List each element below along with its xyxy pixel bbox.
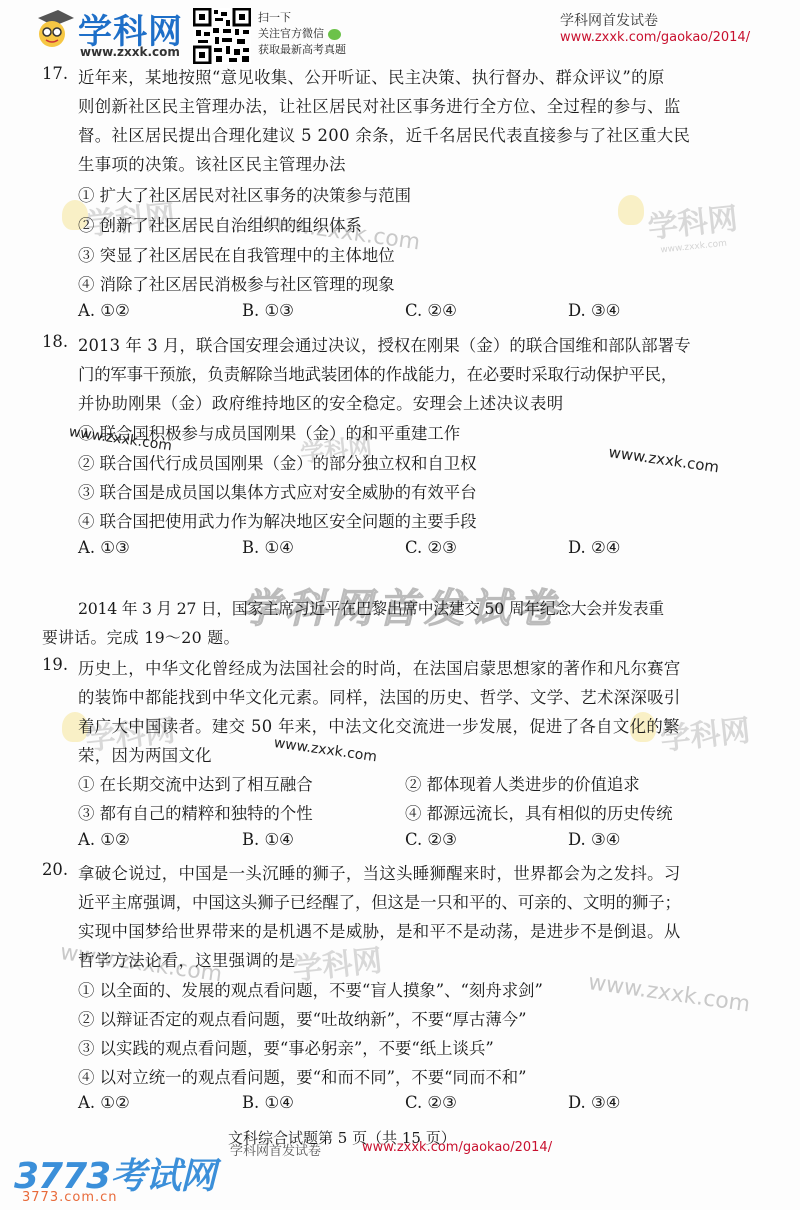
option-1: ① 以全面的、发展的观点看问题，不要“盲人摸象”、“刻舟求剑” xyxy=(78,977,543,1001)
question-stem-line: 着广大中国读者。建交 50 年来，中法文化交流进一步发展，促进了各自文化的繁 xyxy=(78,713,680,737)
footer-watermark-title: 学科网首发试卷 xyxy=(230,1140,321,1159)
option-3: ③ 突显了社区居民在自我管理中的主体地位 xyxy=(78,242,395,266)
qr-caption-line: 扫一下 xyxy=(258,10,346,26)
question-stem-line: 荣，因为两国文化 xyxy=(78,742,212,766)
mascot-logo-icon xyxy=(32,8,76,52)
option-4: ④ 以对立统一的观点看问题，要“和而不同”，不要“同而不和” xyxy=(78,1064,527,1088)
option-3: ③ 以实践的观点看问题，要“事必躬亲”，不要“纸上谈兵” xyxy=(78,1035,494,1059)
watermark-url: www.zxxk.com xyxy=(607,443,720,476)
option-2: ② 联合国代行成员国刚果（金）的部分独立权和自卫权 xyxy=(78,450,477,474)
answer-choice-a[interactable]: A. ①② xyxy=(78,830,130,849)
material-line: 要讲话。完成 19～20 题。 xyxy=(42,625,240,648)
option-4: ④ 消除了社区居民消极参与社区管理的现象 xyxy=(78,271,395,295)
question-number: 18. xyxy=(42,332,68,351)
question-stem-line: 则创新社区民主管理办法，让社区居民对社区事务进行全方位、全过程的参与、监 xyxy=(78,93,681,117)
site-url-3773[interactable]: 3773.com.cn xyxy=(22,1190,118,1205)
answer-choice-d[interactable]: D. ③④ xyxy=(568,830,620,849)
answer-choice-d[interactable]: D. ③④ xyxy=(568,1093,620,1112)
answer-choice-c[interactable]: C. ②③ xyxy=(405,830,457,849)
option-1: ① 扩大了社区居民对社区事务的决策参与范围 xyxy=(78,182,411,206)
answer-choice-a[interactable]: A. ①③ xyxy=(78,538,130,557)
question-number: 20. xyxy=(42,860,68,879)
footer-watermark-url[interactable]: www.zxxk.com/gaokao/2014/ xyxy=(362,1140,552,1155)
answer-choice-b[interactable]: B. ①④ xyxy=(242,830,294,849)
wechat-icon xyxy=(328,29,341,40)
option-4: ④ 都源远流长，具有相似的历史传统 xyxy=(405,800,672,824)
qr-caption: 扫一下 关注官方微信 获取最新高考真题 xyxy=(258,10,346,58)
option-3: ③ 都有自己的精粹和独特的个性 xyxy=(78,800,313,824)
question-stem-line: 门的军事干预旅，负责解除当地武装团体的作战能力，在必要时采取行动保护平民， xyxy=(78,361,677,385)
option-2: ② 以辩证否定的观点看问题，要“吐故纳新”，不要“厚古薄今” xyxy=(78,1006,527,1030)
question-stem-line: 的装饰中都能找到中华文化元素。同样，法国的历史、哲学、文学、艺术深深吸引 xyxy=(78,684,681,708)
option-3: ③ 联合国是成员国以集体方式应对安全威胁的有效平台 xyxy=(78,479,477,503)
brand-url: www.zxxk.com xyxy=(80,45,180,59)
question-stem-line: 近平主席强调，中国这头狮子已经醒了，但这是一只和平的、可亲的、文明的狮子； xyxy=(78,889,681,913)
option-1: ① 在长期交流中达到了相互融合 xyxy=(78,771,313,795)
answer-choice-d[interactable]: D. ②④ xyxy=(568,538,620,557)
answer-choice-a[interactable]: A. ①② xyxy=(78,1093,130,1112)
option-1: ① 联合国积极参与成员国刚果（金）的和平重建工作 xyxy=(78,420,460,444)
question-stem-line: 生事项的决策。该社区民主管理办法 xyxy=(78,151,346,175)
question-stem-line: 历史上，中华文化曾经成为法国社会的时尚，在法国启蒙思想家的著作和凡尔赛宫 xyxy=(78,655,681,679)
qr-caption-line: 获取最新高考真题 xyxy=(258,42,346,58)
question-stem-line: 2013 年 3 月，联合国安理会通过决议，授权在刚果（金）的联合国维和部队部署… xyxy=(78,332,691,356)
watermark-url: www.zxxk.com xyxy=(273,735,378,765)
answer-choice-b[interactable]: B. ①④ xyxy=(242,538,294,557)
watermark-mascot-icon xyxy=(618,195,644,225)
option-4: ④ 联合国把使用武力作为解决地区安全问题的主要手段 xyxy=(78,508,477,532)
question-number: 19. xyxy=(42,655,68,674)
header-title: 学科网首发试卷 xyxy=(560,10,658,30)
answer-choice-d[interactable]: D. ③④ xyxy=(568,301,620,320)
question-stem-line: 拿破仑说过，中国是一头沉睡的狮子，当这头睡狮醒来时，世界都会为之发抖。习 xyxy=(78,860,681,884)
material-line: 2014 年 3 月 27 日，国家主席习近平在巴黎出席中法建交 50 周年纪念… xyxy=(78,596,664,619)
watermark-logo: 学科网www.zxxk.com xyxy=(645,193,740,256)
question-stem-line: 实现中国梦给世界带来的是机遇不是威胁，是和平不是动荡，是进步不是倒退。从 xyxy=(78,918,681,942)
answer-choice-c[interactable]: C. ②④ xyxy=(405,301,457,320)
answer-choice-c[interactable]: C. ②③ xyxy=(405,1093,457,1112)
question-number: 17. xyxy=(42,64,68,83)
qr-caption-line: 关注官方微信 xyxy=(258,26,346,42)
header-url[interactable]: www.zxxk.com/gaokao/2014/ xyxy=(560,30,750,45)
question-stem-line: 哲学方法论看，这里强调的是 xyxy=(78,947,296,971)
answer-choice-c[interactable]: C. ②③ xyxy=(405,538,457,557)
qr-code-icon xyxy=(193,8,251,64)
question-stem-line: 并协助刚果（金）政府维持地区的安全稳定。安理会上述决议表明 xyxy=(78,390,563,414)
watermark-url: www.zxxk.com xyxy=(587,970,752,1017)
option-2: ② 创新了社区居民自治组织的组织体系 xyxy=(78,212,362,236)
question-stem-line: 督。社区居民提出合理化建议 5 200 余条，近千名居民代表直接参与了社区重大民 xyxy=(78,122,690,146)
option-2: ② 都体现着人类进步的价值追求 xyxy=(405,771,640,795)
answer-choice-b[interactable]: B. ①④ xyxy=(242,1093,294,1112)
answer-choice-a[interactable]: A. ①② xyxy=(78,301,130,320)
question-stem-line: 近年来，某地按照“意见收集、公开听证、民主决策、执行督办、群众评议”的原 xyxy=(78,64,665,88)
answer-choice-b[interactable]: B. ①③ xyxy=(242,301,294,320)
